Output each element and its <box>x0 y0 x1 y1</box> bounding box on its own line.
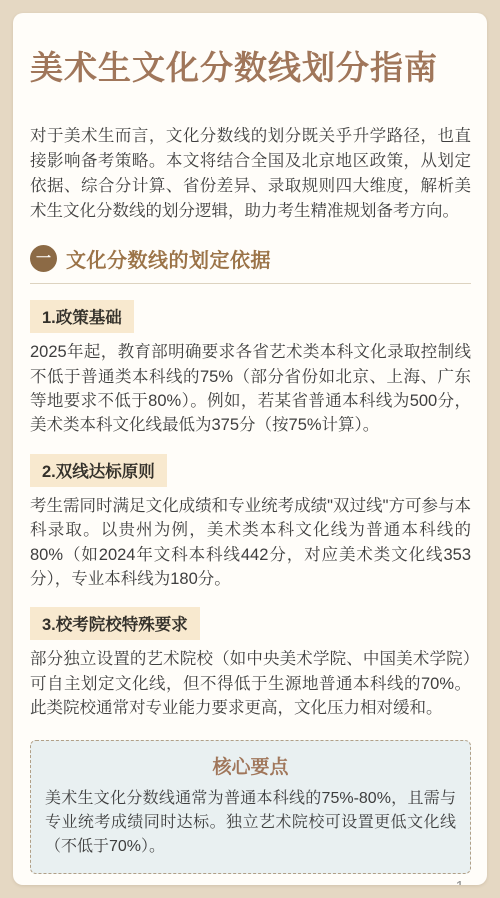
subsection-body: 部分独立设置的艺术院校（如中央美术学院、中国美术学院）可自主划定文化线，但不得低… <box>30 647 471 720</box>
key-points-body: 美术生文化分数线通常为普通本科线的75%-80%，且需与专业统考成绩同时达标。独… <box>45 787 456 859</box>
article-card: 美术生文化分数线划分指南 对于美术生而言，文化分数线的划分既关乎升学路径，也直接… <box>13 13 487 885</box>
section-number-one-icon: 一 <box>30 245 57 272</box>
section-header: 一 文化分数线的划定依据 <box>30 244 471 273</box>
subsection-double-line-rule: 2.双线达标原则 考生需同时满足文化成绩和专业统考成绩"双过线"方可参与本科录取… <box>30 438 471 592</box>
key-points-title: 核心要点 <box>45 752 456 779</box>
subsection-body: 2025年起，教育部明确要求各省艺术类本科文化录取控制线不低于普通类本科线的75… <box>30 340 471 438</box>
subsection-label: 1.政策基础 <box>30 300 134 333</box>
page-background: 美术生文化分数线划分指南 对于美术生而言，文化分数线的划分既关乎升学路径，也直接… <box>0 0 500 898</box>
page-title: 美术生文化分数线划分指南 <box>30 47 471 90</box>
subsection-school-exam-requirements: 3.校考院校特殊要求 部分独立设置的艺术院校（如中央美术学院、中国美术学院）可自… <box>30 591 471 720</box>
subsection-label: 2.双线达标原则 <box>30 454 167 487</box>
page-number: 1 <box>30 878 471 885</box>
subsection-policy-basis: 1.政策基础 2025年起，教育部明确要求各省艺术类本科文化录取控制线不低于普通… <box>30 284 471 438</box>
subsection-body: 考生需同时满足文化成绩和专业统考成绩"双过线"方可参与本科录取。以贵州为例，美术… <box>30 494 471 592</box>
subsection-label: 3.校考院校特殊要求 <box>30 607 200 640</box>
intro-paragraph: 对于美术生而言，文化分数线的划分既关乎升学路径，也直接影响备考策略。本文将结合全… <box>30 124 471 224</box>
section-title: 文化分数线的划定依据 <box>66 244 271 273</box>
key-points-box: 核心要点 美术生文化分数线通常为普通本科线的75%-80%，且需与专业统考成绩同… <box>30 740 471 874</box>
